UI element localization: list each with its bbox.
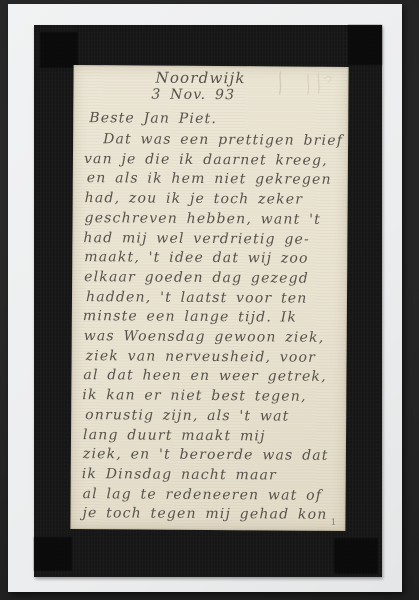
letter-line: elkaar goeden dag gezegd — [84, 268, 347, 290]
tape-corner-bottom-left — [34, 537, 72, 571]
letter-paper: Noordwijk 3 Nov. 93 Beste Jan Piet. Dat … — [70, 65, 348, 531]
letter-line: lang duurt maakt mij — [83, 426, 346, 448]
letter-line: had mij wel verdrietig ge- — [83, 229, 347, 251]
letter-line: ik Dinsdag nacht maar — [82, 465, 346, 487]
tape-corner-top-left — [40, 32, 78, 68]
letter-line: en als ik hem niet gekregen — [87, 170, 348, 192]
photo-mat: Noordwijk 3 Nov. 93 Beste Jan Piet. Dat … — [8, 4, 402, 592]
page-number: 1 — [331, 518, 337, 528]
letter-line: hadden, 't laatst voor ten — [86, 288, 347, 310]
letter-line: ziek, en 't beroerde was dat — [83, 445, 346, 467]
letter-line: maakt, 't idee dat wij zoo — [84, 248, 347, 270]
letter-line: al lag te redeneeren wat of — [83, 485, 346, 507]
letter-body: Dat was een prettigen briefvan je die ik… — [70, 130, 348, 526]
black-mount: Noordwijk 3 Nov. 93 Beste Jan Piet. Dat … — [34, 25, 382, 577]
letter-line: Dat was een prettigen brief — [85, 130, 348, 152]
tape-corner-bottom-right — [334, 538, 378, 574]
letter-line: had, zou ik je toch zeker — [85, 189, 348, 211]
letter-line: je toch tegen mij gehad kon — [82, 504, 345, 526]
letter-line: ik kan er niet best tegen, — [82, 386, 346, 408]
letter-line: ziek van nerveusheid, voor — [86, 347, 347, 369]
letter-line: minste een lange tijd. Ik — [83, 307, 347, 329]
letter-line: van je die ik daarnet kreeg, — [84, 150, 348, 172]
letter-line: geschreven hebben, want 't — [84, 209, 347, 231]
tape-corner-top-right — [348, 25, 382, 65]
letter-line: al dat heen en weer getrek, — [83, 367, 346, 389]
pencil-scribble — [274, 68, 336, 98]
scan-background: Noordwijk 3 Nov. 93 Beste Jan Piet. Dat … — [0, 0, 419, 600]
letter-salutation: Beste Jan Piet. — [89, 109, 348, 129]
letter-line: onrustig zijn, als 't wat — [85, 406, 346, 428]
letter-line: was Woensdag gewoon ziek, — [84, 327, 347, 349]
